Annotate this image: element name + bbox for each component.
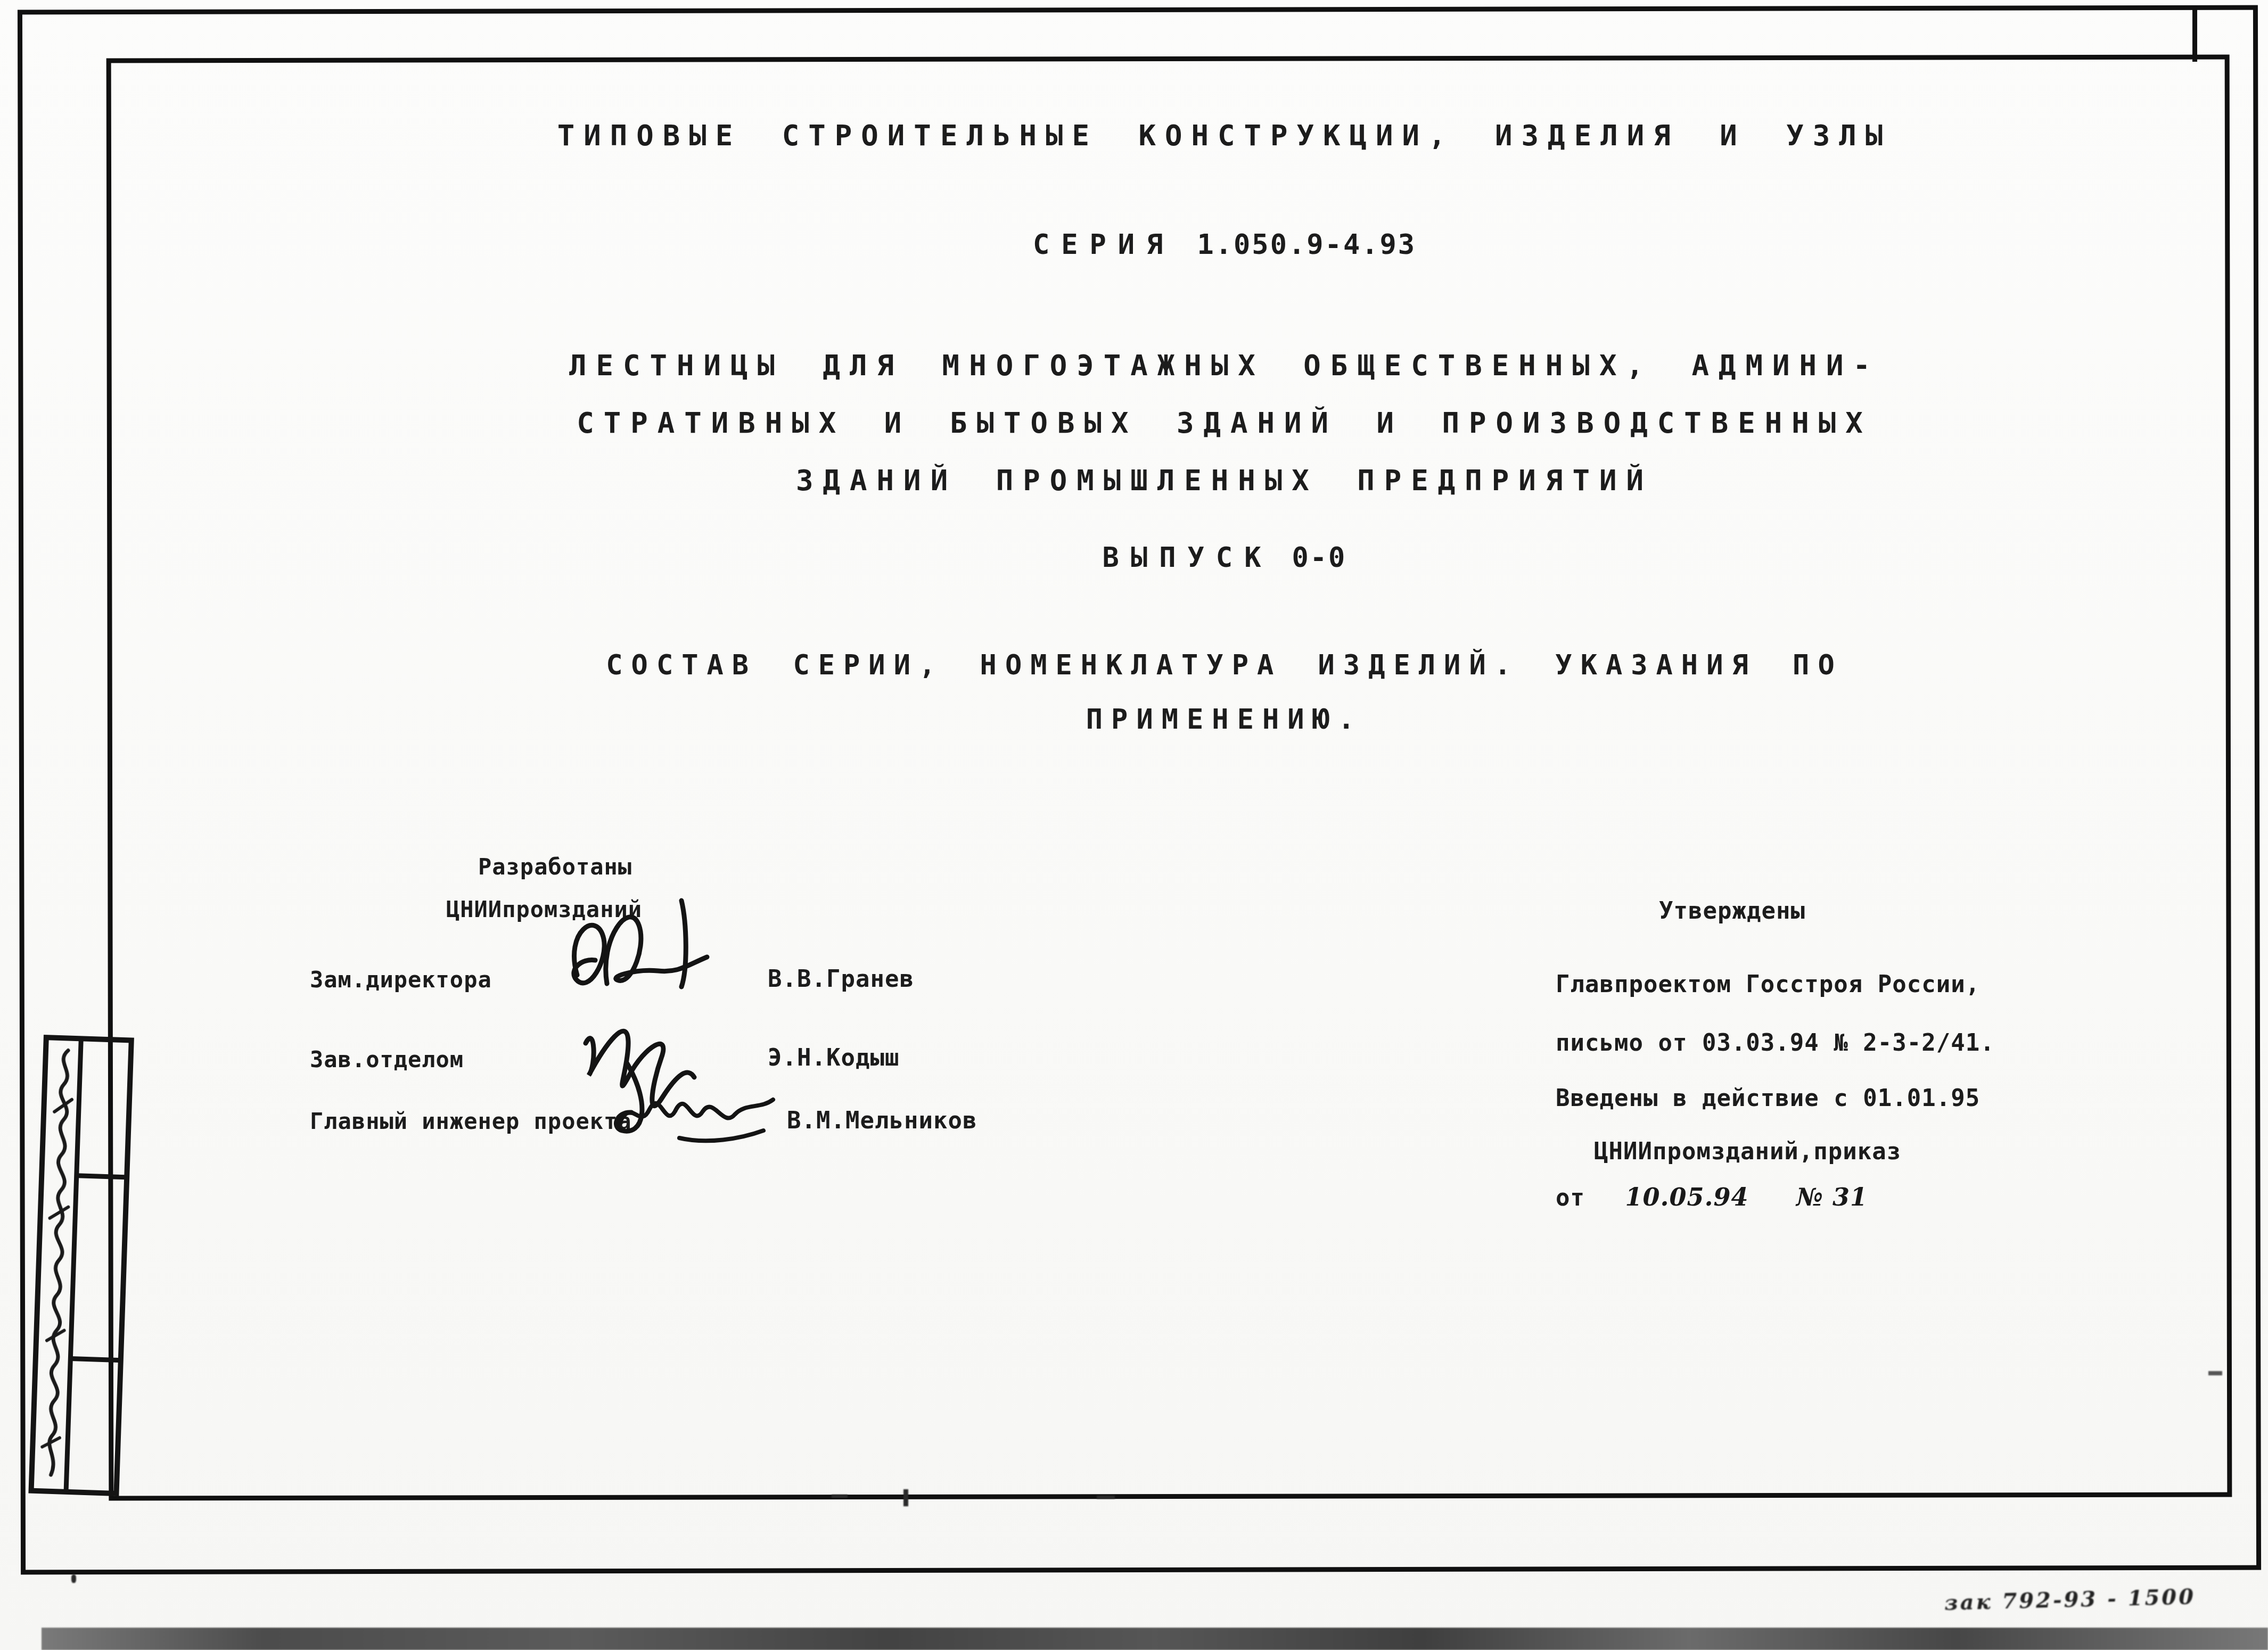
series-label: СЕРИЯ — [1033, 229, 1175, 261]
signature-melnikov — [601, 1076, 792, 1156]
issue-number: 0-0 — [1292, 542, 1346, 574]
subject-line-2: СТРАТИВНЫХ И БЫТОВЫХ ЗДАНИЙ И ПРОИЗВОДСТ… — [543, 409, 1906, 438]
subject-line-3: ЗДАНИЙ ПРОМЫШЛЕННЫХ ПРЕДПРИЯТИЙ — [543, 466, 1906, 495]
scan-artifact — [71, 1574, 76, 1583]
scan-artifact — [832, 1495, 848, 1498]
series-line: СЕРИЯ1.050.9-4.93 — [543, 231, 1906, 259]
issue-label: ВЫПУСК — [1103, 542, 1273, 574]
scan-artifact — [2208, 1371, 2222, 1375]
contents-line-1: СОСТАВ СЕРИИ, НОМЕНКЛАТУРА ИЗДЕЛИЙ. УКАЗ… — [543, 651, 1906, 679]
print-run-note: зак 792-93 - 1500 — [1944, 1584, 2196, 1615]
side-stamp-strip — [28, 1035, 134, 1496]
developed-heading-1: Разработаны — [478, 856, 632, 878]
approved-line: ЦНИИпромзданий,приказ — [1594, 1140, 1901, 1164]
scan-artifact — [903, 1489, 908, 1506]
inner-border-frame — [106, 55, 2232, 1501]
approved-order-line: от 10.05.94 № 31 — [1556, 1185, 1868, 1210]
scanner-edge-bar — [42, 1628, 2268, 1650]
developed-row-name: В.М.Мельников — [787, 1109, 977, 1133]
issue-line: ВЫПУСК0-0 — [543, 544, 1906, 572]
document-kind-title: ТИПОВЫЕ СТРОИТЕЛЬНЫЕ КОНСТРУКЦИИ, ИЗДЕЛИ… — [543, 121, 1906, 150]
approved-line: письмо от 03.03.94 № 2-3-2/41. — [1556, 1032, 1995, 1055]
approved-line: Введены в действие с 01.01.95 — [1556, 1087, 1980, 1110]
developed-row-role: Зав.отделом — [310, 1049, 464, 1071]
series-number: 1.050.9-4.93 — [1197, 229, 1416, 261]
subject-line-1: ЛЕСТНИЦЫ ДЛЯ МНОГОЭТАЖНЫХ ОБЩЕСТВЕННЫХ, … — [543, 351, 1906, 380]
approved-heading: Утверждены — [1659, 900, 1805, 923]
scanned-title-page: ТИПОВЫЕ СТРОИТЕЛЬНЫЕ КОНСТРУКЦИИ, ИЗДЕЛИ… — [0, 0, 2268, 1650]
side-stamp-cell-divider — [79, 1173, 124, 1179]
approved-line: Главпроектом Госстроя России, — [1556, 973, 1980, 996]
side-stamp-cell-divider — [73, 1356, 118, 1363]
top-right-cell-divider — [2192, 9, 2197, 62]
scan-artifact — [1097, 1496, 1115, 1499]
order-prefix: от — [1556, 1184, 1585, 1211]
developed-row-name: В.В.Гранев — [768, 968, 914, 991]
order-date-handwritten: 10.05.94 — [1625, 1183, 1748, 1211]
developed-row-role: Зам.директора — [310, 969, 492, 991]
contents-line-2: ПРИМЕНЕНИЮ. — [543, 706, 1906, 733]
developed-row-name: Э.Н.Кодыш — [768, 1046, 899, 1070]
order-number-handwritten: № 31 — [1796, 1183, 1868, 1211]
